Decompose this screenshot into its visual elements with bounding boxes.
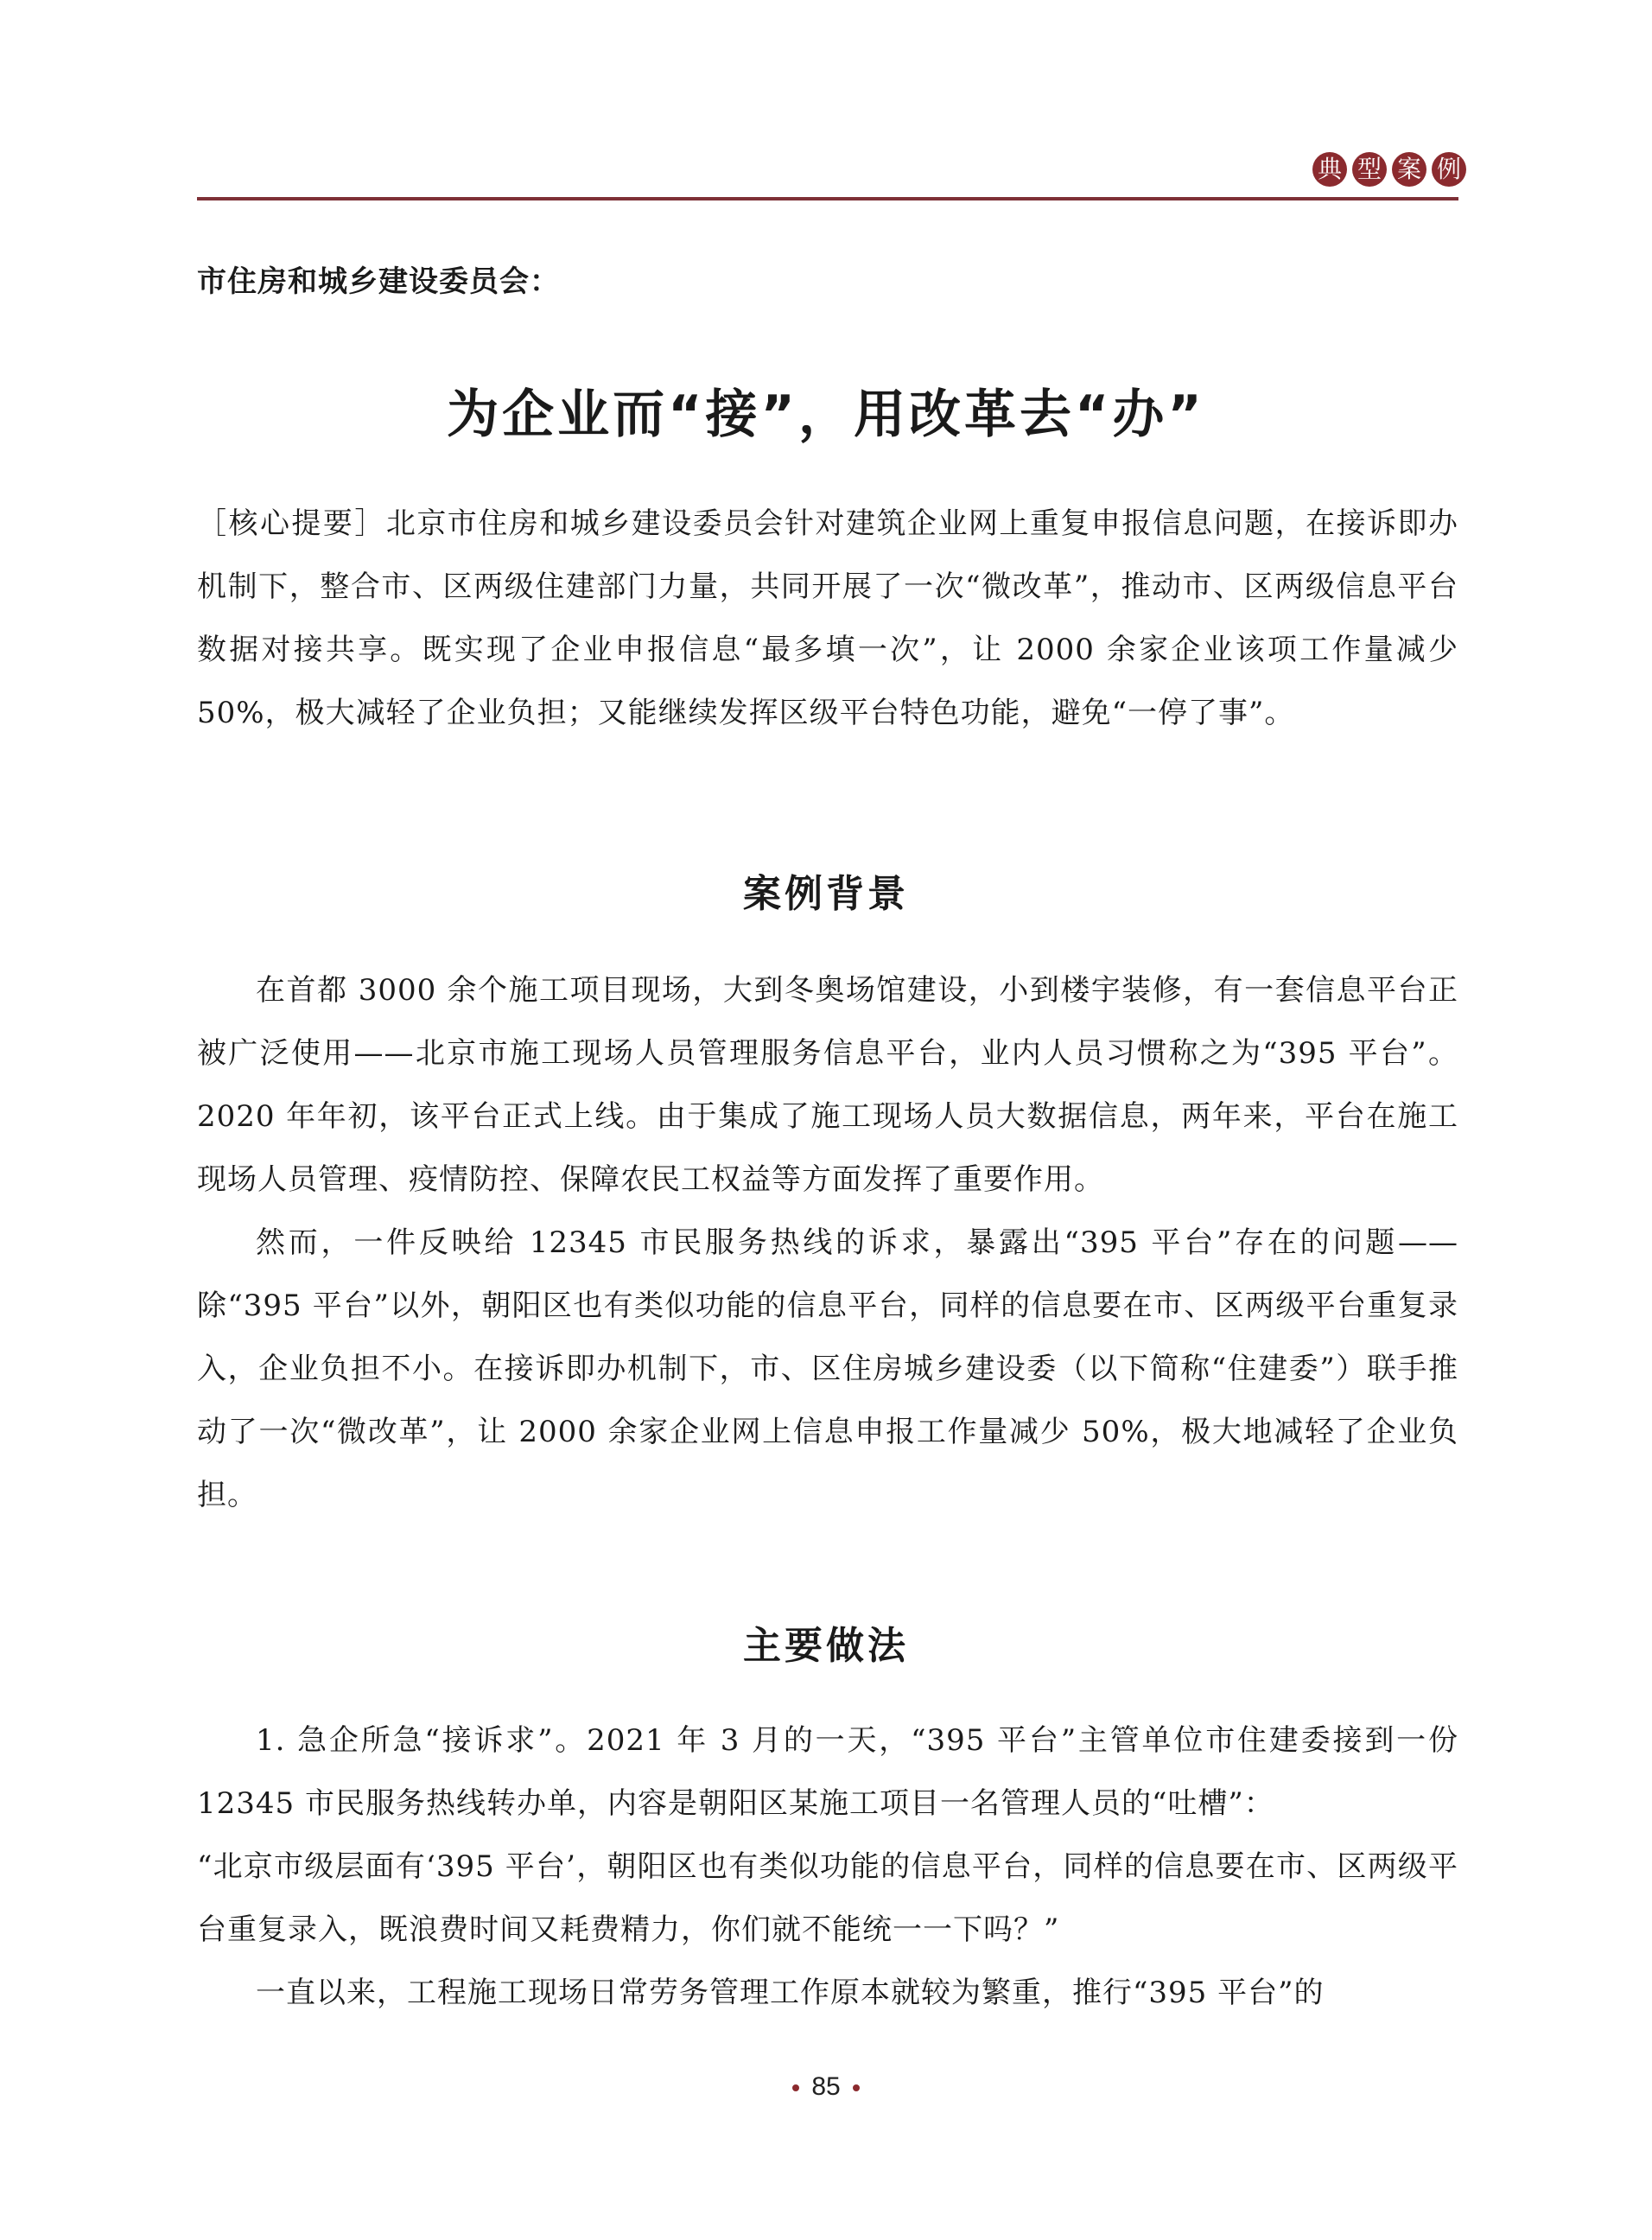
article-title: 为企业而“接”，用改革去“办” <box>0 373 1652 448</box>
section-body-background: 在首都 3000 余个施工项目现场，大到冬奥场馆建设，小到楼宇装修，有一套信息平… <box>197 959 1458 1527</box>
paragraph: 在首都 3000 余个施工项目现场，大到冬奥场馆建设，小到楼宇装修，有一套信息平… <box>197 959 1458 1212</box>
paragraph: 然而，一件反映给 12345 市民服务热线的诉求，暴露出“395 平台”存在的问… <box>197 1212 1458 1527</box>
section-badge: 案 <box>1392 152 1426 187</box>
section-badge-group: 典 型 案 例 <box>1312 152 1466 187</box>
summary-text: 北京市住房和城乡建设委员会针对建筑企业网上重复申报信息问题，在接诉即办机制下，整… <box>197 506 1458 730</box>
header-divider <box>197 197 1458 200</box>
section-body-methods: 1. 急企所急“接诉求”。2021 年 3 月的一天，“395 平台”主管单位市… <box>197 1709 1458 2025</box>
section-heading-methods: 主要做法 <box>0 1614 1652 1670</box>
paragraph: 1. 急企所急“接诉求”。2021 年 3 月的一天，“395 平台”主管单位市… <box>197 1709 1458 1836</box>
section-badge: 例 <box>1432 152 1466 187</box>
summary-label: ［核心提要］ <box>197 506 386 541</box>
core-summary: ［核心提要］北京市住房和城乡建设委员会针对建筑企业网上重复申报信息问题，在接诉即… <box>197 493 1458 745</box>
quote-paragraph: “北京市级层面有‘395 平台’，朝阳区也有类似功能的信息平台，同样的信息要在市… <box>197 1836 1458 1962</box>
document-page: 典 型 案 例 市住房和城乡建设委员会： 为企业而“接”，用改革去“办” ［核心… <box>0 0 1652 2240</box>
bullet-dot-icon <box>853 2084 860 2091</box>
section-heading-background: 案例背景 <box>0 862 1652 918</box>
section-badge: 型 <box>1352 152 1387 187</box>
paragraph: 一直以来，工程施工现场日常劳务管理工作原本就较为繁重，推行“395 平台”的 <box>197 1962 1458 2025</box>
author-organization: 市住房和城乡建设委员会： <box>197 258 560 300</box>
bullet-dot-icon <box>792 2084 799 2091</box>
section-badge: 典 <box>1312 152 1347 187</box>
page-number: 85 <box>0 2072 1652 2102</box>
page-number-value: 85 <box>811 2072 840 2101</box>
